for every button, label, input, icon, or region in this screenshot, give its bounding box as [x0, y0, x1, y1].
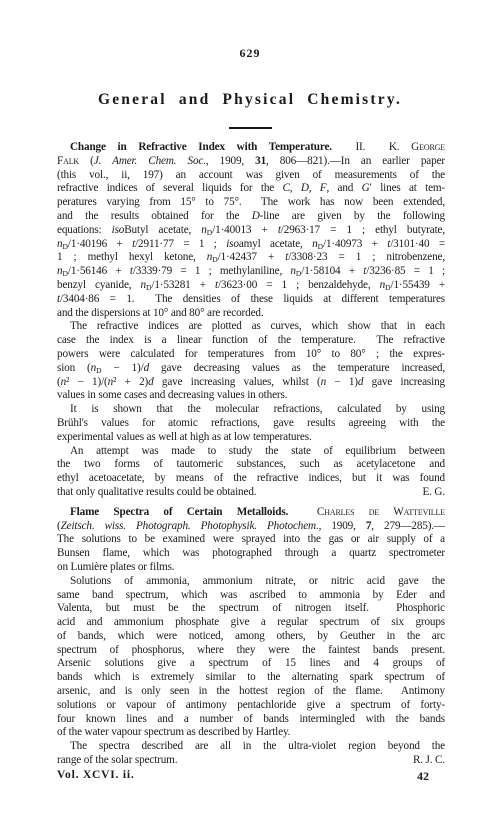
- text-line: It is shown that the molecular refractio…: [57, 403, 445, 417]
- text-line: benzyl cyanide, nD/1·53281 + t/3623·00 =…: [57, 279, 445, 293]
- text-line: Bunsen flame, which was photographed thr…: [57, 547, 445, 561]
- text-line: bands which is extremely similar to the …: [57, 671, 445, 685]
- paragraph: The refractive indices are plotted as cu…: [57, 320, 445, 403]
- abstract-entry: Flame Spectra of Certain Metalloids. Cha…: [57, 506, 445, 768]
- text-line: same band spectrum, which was ascribed t…: [57, 589, 445, 603]
- text-line: t/3404·86 = 1. The densities of these li…: [57, 293, 445, 307]
- text-line: arsenic, and is only seen in the hottest…: [57, 685, 445, 699]
- paragraph: Solutions of ammonia, ammonium nitrate, …: [57, 575, 445, 741]
- paragraph: Change in Refractive Index with Temperat…: [57, 141, 445, 320]
- abstracts-content: Change in Refractive Index with Temperat…: [57, 141, 445, 768]
- text-line: solutions or vapour of antimony pentachl…: [57, 699, 445, 713]
- text-line: spectrum of phosphorus, where they were …: [57, 644, 445, 658]
- text-line: acid and ammonium phosphate give a regul…: [57, 616, 445, 630]
- text-line: powers were calculated for temperatures …: [57, 348, 445, 362]
- abstractor-initials: R. J. C.: [413, 754, 445, 768]
- text-line: and the results obtained for the D-line …: [57, 210, 445, 224]
- text-line: that only qualitative results could be o…: [57, 486, 445, 500]
- text-line: on Lumière plates or films.: [57, 561, 445, 575]
- text-line: The spectra described are all in the ult…: [57, 740, 445, 754]
- line-text: range of the solar spectrum.: [57, 754, 177, 768]
- abstractor-initials: E. G.: [422, 486, 445, 500]
- text-line: ethyl acetoacetate, by means of the refr…: [57, 472, 445, 486]
- text-line: Arsenic solutions give a spectrum of 15 …: [57, 657, 445, 671]
- text-line: (this vol., ii, 197) an account was give…: [57, 169, 445, 183]
- volume-label: Vol. XCVI. ii.: [57, 769, 135, 781]
- text-line: nD/1·40196 + t/2911·77 = 1 ; isoamyl ace…: [57, 238, 445, 252]
- text-line: values in some cases and decreasing valu…: [57, 389, 445, 403]
- section-title: General and Physical Chemistry.: [0, 91, 500, 109]
- text-line: Flame Spectra of Certain Metalloids. Cha…: [57, 506, 445, 520]
- text-line: Brühl's values for atomic refractions, g…: [57, 417, 445, 431]
- journal-page: 629 General and Physical Chemistry. Chan…: [0, 0, 500, 825]
- text-line: of bands, which were noticed, among othe…: [57, 630, 445, 644]
- page-number: 629: [0, 46, 500, 61]
- text-line: and the dispersions at 10° and 80° are r…: [57, 307, 445, 321]
- paragraph: An attempt was made to study the state o…: [57, 445, 445, 500]
- text-line: of the water vapour spectrum as describe…: [57, 726, 445, 740]
- section-divider: [229, 127, 272, 129]
- paragraph: It is shown that the molecular refractio…: [57, 403, 445, 444]
- text-line: Valenta, but must be the spectrum of nit…: [57, 602, 445, 616]
- text-line: (Zeitsch. wiss. Photograph. Photophysik.…: [57, 520, 445, 534]
- text-line: sion (nD − 1)/d gave decreasing values a…: [57, 362, 445, 376]
- text-line: four known lines and a number of bands i…: [57, 713, 445, 727]
- text-line: Falk (J. Amer. Chem. Soc., 1909, 31, 806…: [57, 155, 445, 169]
- text-line: peratures varying from 15° to 75°. The w…: [57, 196, 445, 210]
- text-line: case the index is a linear function of t…: [57, 334, 445, 348]
- paragraph: The spectra described are all in the ult…: [57, 740, 445, 768]
- text-line: An attempt was made to study the state o…: [57, 445, 445, 459]
- text-line: equations: isoButyl acetate, nD/1·40013 …: [57, 224, 445, 238]
- text-line: refractive indices of several liquids fo…: [57, 182, 445, 196]
- line-text: that only qualitative results could be o…: [57, 486, 256, 500]
- text-line: range of the solar spectrum.R. J. C.: [57, 754, 445, 768]
- text-line: The solutions to be examined were spraye…: [57, 533, 445, 547]
- text-line: Solutions of ammonia, ammonium nitrate, …: [57, 575, 445, 589]
- text-line: The refractive indices are plotted as cu…: [57, 320, 445, 334]
- text-line: nD/1·56146 + t/3339·79 = 1 ; methylanili…: [57, 265, 445, 279]
- paragraph: Flame Spectra of Certain Metalloids. Cha…: [57, 506, 445, 575]
- text-line: the two forms of tautomeric substances, …: [57, 458, 445, 472]
- text-line: (n² − 1)/(n² + 2)d gave increasing value…: [57, 376, 445, 390]
- text-line: 1 ; methyl hexyl ketone, nD/1·42437 + t/…: [57, 251, 445, 265]
- footer: Vol. XCVI. ii. 42: [57, 769, 445, 784]
- signature-number: 42: [417, 769, 429, 784]
- abstract-entry: Change in Refractive Index with Temperat…: [57, 141, 445, 500]
- text-line: Change in Refractive Index with Temperat…: [57, 141, 445, 155]
- text-line: experimental values as well at high as a…: [57, 431, 445, 445]
